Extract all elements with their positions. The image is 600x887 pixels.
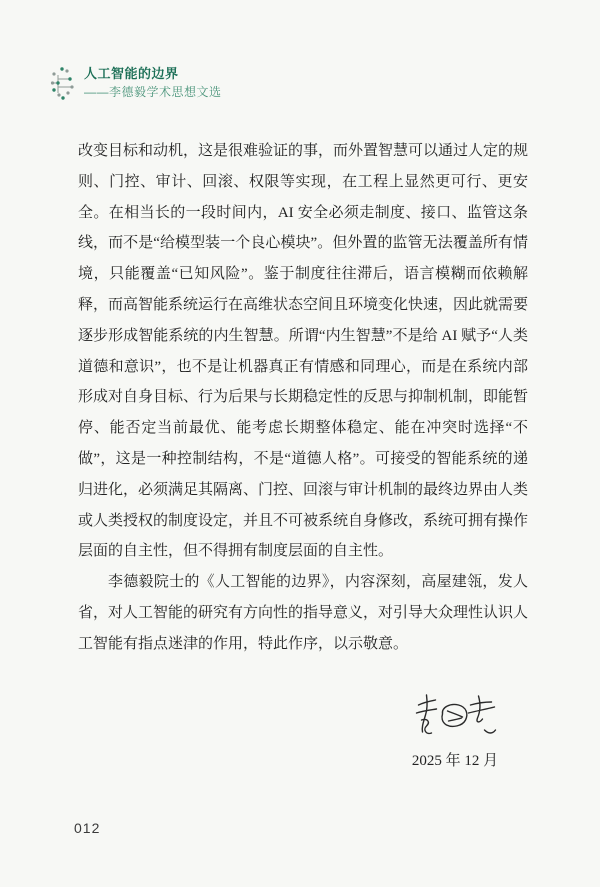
body-text-line: 境，只能覆盖“已知风险”。鉴于制度往往滞后，语言模糊而依赖解 — [78, 259, 528, 290]
page-number: 012 — [74, 820, 100, 836]
handwritten-signature — [405, 692, 505, 744]
header-text: 人工智能的边界 ——李德毅学术思想文选 — [84, 66, 384, 100]
body-text-line: 改变目标和动机，这是很难验证的事，而外置智慧可以通过人定的规 — [78, 136, 528, 167]
body-text-line: 停、能否定当前最优、能考虑长期整体稳定、能在冲突时选择“不 — [78, 413, 528, 444]
body-text-line: 省，对人工智能的研究有方向性的指导意义，对引导大众理性认识人 — [78, 598, 528, 629]
book-subtitle: ——李德毅学术思想文选 — [84, 85, 384, 100]
network-dots-icon — [50, 66, 76, 100]
body-text: 改变目标和动机，这是很难验证的事，而外置智慧可以通过人定的规 则、门控、审计、回… — [78, 136, 528, 660]
book-page: 人工智能的边界 ——李德毅学术思想文选 改变目标和动机，这是很难验证的事，而外置… — [0, 0, 600, 887]
body-text-line: 全。在相当长的一段时间内，AI 安全必须走制度、接口、监管这条路 — [78, 198, 528, 229]
signature-date: 2025 年 12 月 — [398, 749, 512, 770]
body-text-line: 或人类授权的制度设定，并且不可被系统自身修改，系统可拥有操作 — [78, 506, 528, 537]
book-title: 人工智能的边界 — [84, 66, 384, 82]
body-text-line: 线，而不是“给模型装一个良心模块”。但外置的监管无法覆盖所有情 — [78, 228, 528, 259]
body-text-line: 工智能有指点迷津的作用，特此作序，以示敬意。 — [78, 629, 528, 660]
body-text-line: 释，而高智能系统运行在高维状态空间且环境变化快速，因此就需要 — [78, 290, 528, 321]
body-text-line: 归进化，必须满足其隔离、门控、回滚与审计机制的最终边界由人类 — [78, 475, 528, 506]
body-text-line: 逐步形成智能系统的内生智慧。所谓“内生智慧”不是给 AI 赋予“人类 — [78, 321, 528, 352]
body-text-line: 做”，这是一种控制结构，不是“道德人格”。可接受的智能系统的递 — [78, 444, 528, 475]
body-text-line: 道德和意识”，也不是让机器真正有情感和同理心，而是在系统内部 — [78, 352, 528, 383]
body-text-line: 则、门控、审计、回滚、权限等实现，在工程上显然更可行、更安 — [78, 167, 528, 198]
body-text-line: 形成对自身目标、行为后果与长期稳定性的反思与抑制机制，即能暂 — [78, 382, 528, 413]
body-text-line: 李德毅院士的《人工智能的边界》，内容深刻，高屋建瓴，发人深 — [78, 567, 528, 598]
body-text-line: 层面的自主性，但不得拥有制度层面的自主性。 — [78, 536, 528, 567]
